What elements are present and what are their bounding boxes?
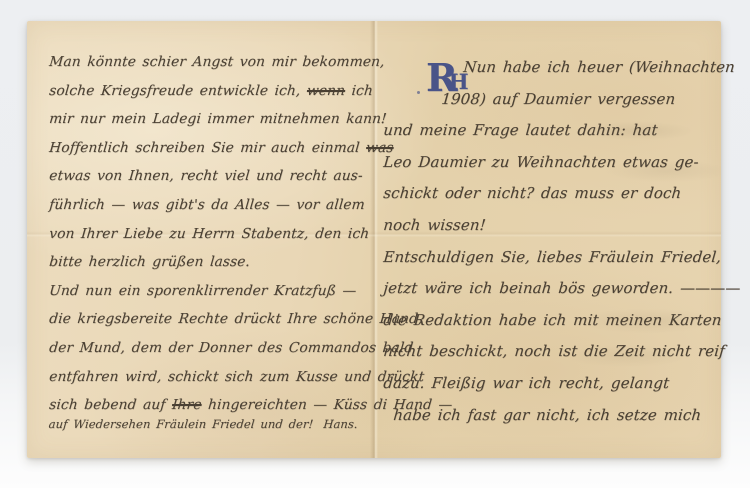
handwriting-line: 1908) auf Daumier vergessen bbox=[440, 84, 724, 116]
handwriting-line: auf Wiedersehen Fräulein Friedel und der… bbox=[48, 415, 375, 433]
right-page-text-block: Nun habe ich heuer (Weihnachten1908) auf… bbox=[382, 52, 721, 431]
handwriting-line: noch wissen! bbox=[382, 210, 724, 242]
handwriting-text: etwas von Ihnen, recht viel und recht au… bbox=[49, 168, 364, 184]
handwriting-text: noch wissen! bbox=[383, 216, 487, 234]
handwriting-text: mir nur mein Ladegi immer mitnehmen kann… bbox=[49, 111, 388, 127]
handwriting-line: führlich — was gibt's da Alles — vor all… bbox=[48, 191, 376, 220]
handwriting-line: jetzt wäre ich beinah bös geworden. ———— bbox=[382, 273, 724, 305]
handwriting-text: der Mund, dem der Donner des Commandos b… bbox=[49, 340, 414, 356]
handwriting-line: die kriegsbereite Rechte drückt Ihre sch… bbox=[48, 305, 376, 334]
handwriting-text: Hoffentlich schreiben Sie mir auch einma… bbox=[49, 140, 367, 156]
handwriting-line: die Redaktion habe ich mit meinen Karten bbox=[382, 305, 724, 337]
handwriting-text: sich bebend auf bbox=[49, 397, 173, 413]
handwriting-line: solche Kriegsfreude entwickle ich, wenn … bbox=[48, 77, 376, 106]
handwriting-line: und meine Frage lautet dahin: hat bbox=[382, 115, 724, 147]
handwriting-text: bitte herzlich grüßen lasse. bbox=[49, 254, 251, 270]
signature: Hans. bbox=[323, 415, 359, 433]
handwriting-text: führlich — was gibt's da Alles — vor all… bbox=[49, 197, 366, 213]
handwriting-text: 1908) auf Daumier vergessen bbox=[441, 90, 676, 108]
handwriting-text: habe ich fast gar nicht, ich setze mich bbox=[393, 406, 702, 424]
handwriting-text: entfahren wird, schickt sich zum Kusse u… bbox=[49, 369, 425, 385]
handwriting-text: Nun habe ich heuer (Weihnachten bbox=[463, 58, 736, 76]
handwriting-text: schickt oder nicht? das muss er doch bbox=[383, 184, 682, 202]
letter-left-page: Man könnte schier Angst von mir bekommen… bbox=[27, 21, 373, 458]
handwriting-text: ich bbox=[344, 83, 373, 99]
handwriting-line: entfahren wird, schickt sich zum Kusse u… bbox=[48, 363, 376, 392]
handwriting-line: Man könnte schier Angst von mir bekommen… bbox=[48, 48, 376, 77]
handwriting-line: etwas von Ihnen, recht viel und recht au… bbox=[48, 162, 376, 191]
handwriting-line: dazu. Fleißig war ich recht, gelangt bbox=[382, 368, 724, 400]
handwriting-line: Hoffentlich schreiben Sie mir auch einma… bbox=[48, 134, 376, 163]
letter-sheet: Man könnte schier Angst von mir bekommen… bbox=[27, 21, 721, 458]
handwriting-line: Entschuldigen Sie, liebes Fräulein Fried… bbox=[382, 242, 724, 274]
handwriting-text: Man könnte schier Angst von mir bekommen… bbox=[49, 54, 386, 70]
handwriting-text: auf Wiedersehen Fräulein Friedel und der… bbox=[48, 415, 314, 433]
letter-right-page: RH Nun habe ich heuer (Weihnachten1908) … bbox=[373, 21, 721, 458]
handwriting-line: habe ich fast gar nicht, ich setze mich bbox=[392, 400, 724, 432]
handwriting-text: Leo Daumier zu Weihnachten etwas ge- bbox=[383, 153, 700, 171]
ink-dot bbox=[417, 91, 420, 94]
struck-word: Ihre bbox=[171, 397, 202, 413]
handwriting-text: die Redaktion habe ich mit meinen Karten bbox=[383, 311, 723, 329]
handwriting-text: Entschuldigen Sie, liebes Fräulein Fried… bbox=[383, 248, 722, 266]
handwriting-line: bitte herzlich grüßen lasse. bbox=[48, 248, 376, 277]
handwriting-text: und meine Frage lautet dahin: hat bbox=[383, 121, 659, 139]
handwriting-line: Und nun ein sporenklirrender Kratzfuß — bbox=[48, 277, 376, 306]
handwriting-text: solche Kriegsfreude entwickle ich, bbox=[49, 83, 308, 99]
handwriting-text: dazu. Fleißig war ich recht, gelangt bbox=[383, 374, 670, 392]
handwriting-line: nicht beschickt, noch ist die Zeit nicht… bbox=[382, 336, 724, 368]
struck-word: wenn bbox=[306, 83, 346, 99]
handwriting-line: schickt oder nicht? das muss er doch bbox=[382, 178, 724, 210]
handwriting-line: Leo Daumier zu Weihnachten etwas ge- bbox=[382, 147, 724, 179]
handwriting-text: von Ihrer Liebe zu Herrn Stabentz, den i… bbox=[49, 226, 370, 242]
handwriting-line: der Mund, dem der Donner des Commandos b… bbox=[48, 334, 376, 363]
handwriting-text: die kriegsbereite Rechte drückt Ihre sch… bbox=[49, 311, 424, 327]
handwriting-line: Nun habe ich heuer (Weihnachten bbox=[462, 52, 724, 84]
photo-background: Man könnte schier Angst von mir bekommen… bbox=[0, 0, 750, 488]
handwriting-text: Und nun ein sporenklirrender Kratzfuß — bbox=[49, 283, 358, 299]
handwriting-line: von Ihrer Liebe zu Herrn Stabentz, den i… bbox=[48, 220, 376, 249]
handwriting-line: mir nur mein Ladegi immer mitnehmen kann… bbox=[48, 105, 376, 134]
handwriting-text: jetzt wäre ich beinah bös geworden. ———— bbox=[383, 279, 742, 297]
handwriting-text: nicht beschickt, noch ist die Zeit nicht… bbox=[383, 342, 726, 360]
